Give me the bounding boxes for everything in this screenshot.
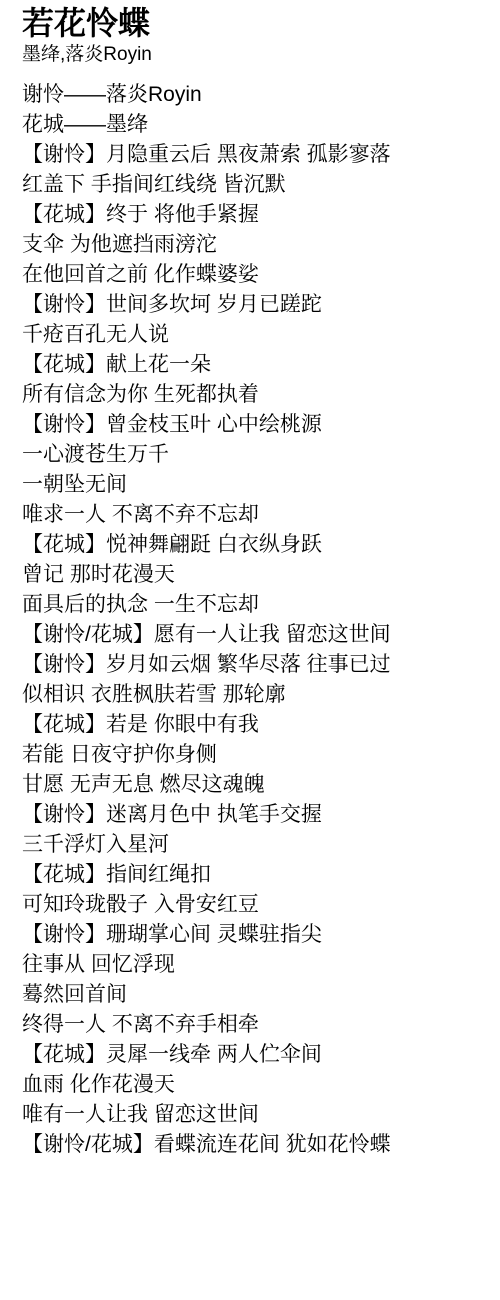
lyric-line: 【花城】灵犀一线牵 两人伫伞间 xyxy=(22,1040,492,1070)
song-title: 若花怜蝶 xyxy=(22,4,492,42)
lyric-line: 似相识 衣胜枫肤若雪 那轮廓 xyxy=(22,680,492,710)
lyric-line: 曾记 那时花漫天 xyxy=(22,560,492,590)
lyric-line: 【花城】若是 你眼中有我 xyxy=(22,710,492,740)
lyrics-page: 若花怜蝶 墨绛,落炎Royin 谢怜——落炎Royin花城——墨绛 【谢怜】月隐… xyxy=(0,0,500,1160)
lyric-line: 【谢怜】岁月如云烟 繁华尽落 往事已过 xyxy=(22,650,492,680)
lyric-line: 蓦然回首间 xyxy=(22,980,492,1010)
lyric-line: 【花城】指间红绳扣 xyxy=(22,860,492,890)
lyrics-list: 【谢怜】月隐重云后 黑夜萧索 孤影寥落红盖下 手指间红线绕 皆沉默【花城】终于 … xyxy=(22,140,492,1160)
lyric-line: 三千浮灯入星河 xyxy=(22,830,492,860)
lyric-line: 甘愿 无声无息 燃尽这魂魄 xyxy=(22,770,492,800)
lyric-line: 在他回首之前 化作蝶婆娑 xyxy=(22,260,492,290)
lyric-line: 唯求一人 不离不弃不忘却 xyxy=(22,500,492,530)
lyric-line: 唯有一人让我 留恋这世间 xyxy=(22,1100,492,1130)
credits-list: 谢怜——落炎Royin花城——墨绛 xyxy=(22,80,492,140)
lyric-line: 可知玲珑骰子 入骨安红豆 xyxy=(22,890,492,920)
lyric-line: 【谢怜】曾金枝玉叶 心中绘桃源 xyxy=(22,410,492,440)
lyric-line: 所有信念为你 生死都执着 xyxy=(22,380,492,410)
lyric-line: 【谢怜】世间多坎坷 岁月已蹉跎 xyxy=(22,290,492,320)
lyric-line: 【谢怜/花城】看蝶流连花间 犹如花怜蝶 xyxy=(22,1130,492,1160)
lyric-line: 红盖下 手指间红线绕 皆沉默 xyxy=(22,170,492,200)
lyric-line: 往事从 回忆浮现 xyxy=(22,950,492,980)
lyric-line: 面具后的执念 一生不忘却 xyxy=(22,590,492,620)
credit-line: 谢怜——落炎Royin xyxy=(22,80,492,110)
credit-line: 花城——墨绛 xyxy=(22,110,492,140)
lyric-line: 血雨 化作花漫天 xyxy=(22,1070,492,1100)
lyric-line: 【花城】悦神舞翩跹 白衣纵身跃 xyxy=(22,530,492,560)
lyric-line: 【花城】献上花一朵 xyxy=(22,350,492,380)
lyric-line: 终得一人 不离不弃手相牵 xyxy=(22,1010,492,1040)
lyric-line: 【谢怜/花城】愿有一人让我 留恋这世间 xyxy=(22,620,492,650)
lyric-line: 【花城】终于 将他手紧握 xyxy=(22,200,492,230)
lyric-line: 一朝坠无间 xyxy=(22,470,492,500)
lyric-line: 【谢怜】迷离月色中 执笔手交握 xyxy=(22,800,492,830)
lyric-line: 千疮百孔无人说 xyxy=(22,320,492,350)
lyric-line: 一心渡苍生万千 xyxy=(22,440,492,470)
song-artists: 墨绛,落炎Royin xyxy=(22,42,492,68)
lyric-line: 【谢怜】珊瑚掌心间 灵蝶驻指尖 xyxy=(22,920,492,950)
lyric-line: 支伞 为他遮挡雨滂沱 xyxy=(22,230,492,260)
lyric-line: 【谢怜】月隐重云后 黑夜萧索 孤影寥落 xyxy=(22,140,492,170)
lyric-line: 若能 日夜守护你身侧 xyxy=(22,740,492,770)
